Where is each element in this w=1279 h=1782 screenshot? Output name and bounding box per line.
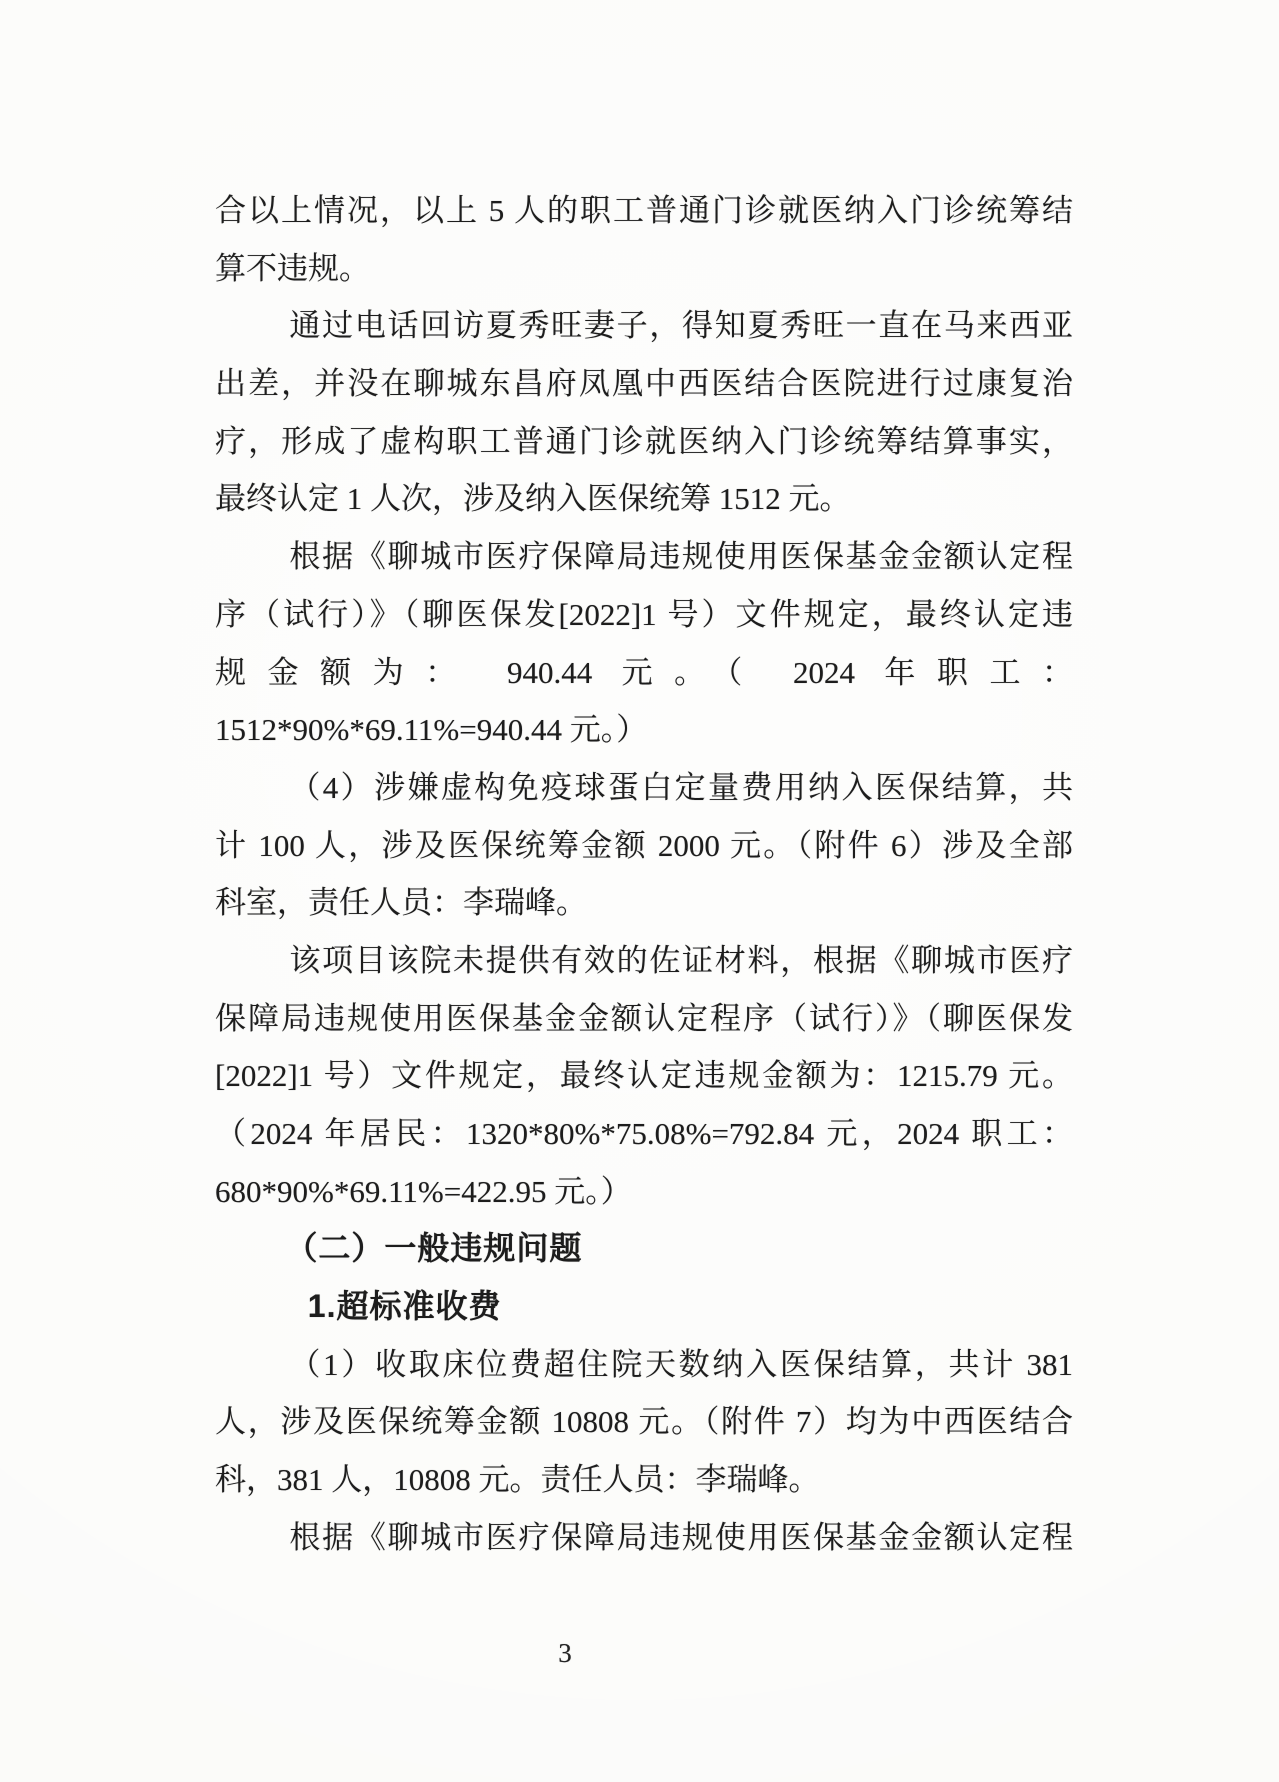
text-line: （二）一般违规问题: [215, 1220, 1073, 1278]
text-line: 科室，责任人员：李瑞峰。: [215, 874, 1073, 932]
text-line: 出差，并没在聊城东昌府凤凰中西医结合医院进行过康复治: [215, 355, 1073, 413]
page-number: 3: [215, 1638, 915, 1669]
text-line: 最终认定 1 人次，涉及纳入医保统筹 1512 元。: [215, 470, 1073, 528]
text-line: [2022]1 号）文件规定，最终认定违规金额为：1215.79 元。: [215, 1047, 1073, 1105]
text-line: 通过电话回访夏秀旺妻子，得知夏秀旺一直在马来西亚: [215, 297, 1073, 355]
text-line: （1）收取床位费超住院天数纳入医保结算，共计 381: [215, 1336, 1073, 1394]
text-line: 该项目该院未提供有效的佐证材料，根据《聊城市医疗: [215, 932, 1073, 990]
text-line: 根据《聊城市医疗保障局违规使用医保基金金额认定程: [215, 528, 1073, 586]
text-line: 根据《聊城市医疗保障局违规使用医保基金金额认定程: [215, 1509, 1073, 1567]
text-line: （4）涉嫌虚构免疫球蛋白定量费用纳入医保结算，共: [215, 759, 1073, 817]
text-line: 疗，形成了虚构职工普通门诊就医纳入门诊统筹结算事实，: [215, 413, 1073, 471]
text-line: 科，381 人，10808 元。责任人员：李瑞峰。: [215, 1451, 1073, 1509]
text-line: 合以上情况，以上 5 人的职工普通门诊就医纳入门诊统筹结: [215, 182, 1073, 240]
text-line: 680*90%*69.11%=422.95 元。）: [215, 1163, 1073, 1221]
text-line: 1.超标准收费: [215, 1278, 1073, 1336]
text-line: 算不违规。: [215, 240, 1073, 298]
text-line: 人，涉及医保统筹金额 10808 元。（附件 7）均为中西医结合: [215, 1393, 1073, 1451]
text-line: 计 100 人，涉及医保统筹金额 2000 元。（附件 6）涉及全部: [215, 817, 1073, 875]
document-page: 合以上情况，以上 5 人的职工普通门诊就医纳入门诊统筹结算不违规。通过电话回访夏…: [0, 0, 1279, 1782]
text-line: 规金额为： 940.44 元。（ 2024 年职工：: [215, 644, 1073, 702]
text-line: （2024 年居民：1320*80%*75.08%=792.84 元，2024 …: [215, 1105, 1073, 1163]
text-line: 序（试行）》（聊医保发[2022]1 号）文件规定，最终认定违: [215, 586, 1073, 644]
text-line: 1512*90%*69.11%=940.44 元。）: [215, 701, 1073, 759]
document-body: 合以上情况，以上 5 人的职工普通门诊就医纳入门诊统筹结算不违规。通过电话回访夏…: [215, 182, 1073, 1567]
text-line: 保障局违规使用医保基金金额认定程序（试行）》（聊医保发: [215, 990, 1073, 1048]
